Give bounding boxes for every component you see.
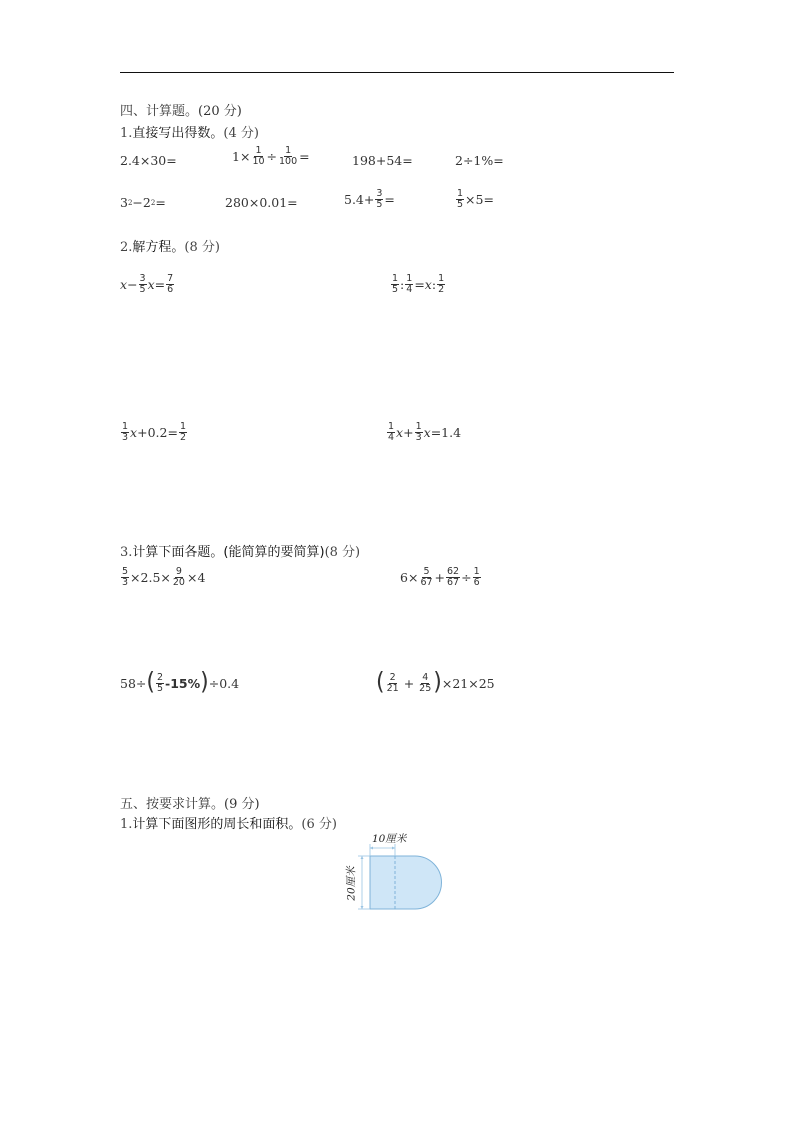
left-paren: ( — [376, 671, 385, 695]
ratio-colon: : — [400, 277, 404, 292]
fraction: 15 — [391, 274, 399, 295]
q1-item-5: 32−22= — [120, 195, 166, 210]
q1-item-7-post: = — [384, 192, 394, 207]
q1-item-2-pre: 1× — [232, 149, 250, 164]
calc-1: 53 ×2.5× 920 ×4 — [120, 567, 205, 588]
fraction: 14 — [405, 274, 413, 295]
q1-item-7: 5.4+ 35 = — [344, 189, 395, 210]
q1-item-6: 280×0.01= — [225, 195, 298, 210]
s5-q1-number: 1. — [120, 817, 132, 832]
operator: − — [127, 277, 137, 292]
operator: + — [403, 425, 413, 440]
fraction: 920 — [172, 567, 186, 588]
q1-heading: 1.直接写出得数。(4 分) — [120, 122, 259, 141]
fraction: 53 — [121, 567, 129, 588]
equation-1: x− 35 x= 76 — [120, 274, 175, 295]
fraction: 13 — [415, 422, 423, 443]
fraction: 12 — [179, 422, 187, 443]
equation-4: 14 x+ 13 x=1.4 — [386, 422, 461, 443]
q1-item-8: 15 ×5= — [455, 189, 494, 210]
fraction: 35 — [375, 189, 383, 210]
ratio-colon: : — [432, 277, 436, 292]
q3-title: 计算下面各题。(能简算的要简算) — [132, 545, 324, 560]
calc-1-post: ×4 — [187, 570, 205, 585]
q2-heading: 2.解方程。(8 分) — [120, 236, 220, 255]
width-label: 10厘米 — [372, 831, 406, 846]
q1-item-2-op: ÷ — [267, 149, 277, 164]
equation-3: 13 x+0.2= 12 — [120, 422, 188, 443]
calc-1-middle: ×2.5× — [130, 570, 171, 585]
q3-score: (8 分) — [325, 545, 361, 560]
calc-4: ( 221 + 425 ) ×21×25 — [376, 672, 495, 694]
equals: = — [155, 277, 165, 292]
calc-3-pre: 58÷ — [120, 676, 146, 691]
q1-item-2-post: = — [299, 149, 309, 164]
fraction: 13 — [121, 422, 129, 443]
calc-4-post: ×21×25 — [442, 676, 495, 691]
calc-3-post: ÷0.4 — [209, 676, 239, 691]
fraction: 110 — [251, 146, 265, 167]
equation-4-rhs: =1.4 — [431, 425, 461, 440]
q3-number: 3. — [120, 545, 132, 560]
variable-x: x — [424, 425, 431, 440]
fraction: 567 — [419, 567, 433, 588]
q3-heading: 3.计算下面各题。(能简算的要简算)(8 分) — [120, 541, 360, 560]
equation-2: 15 : 14 =x : 12 — [390, 274, 446, 295]
variable-x: x — [425, 277, 432, 292]
fraction: 14 — [387, 422, 395, 443]
section-4-title: 四、计算题。(20 分) — [120, 100, 242, 119]
fraction: 425 — [418, 673, 432, 694]
equals: = — [414, 277, 424, 292]
equals: = — [155, 195, 165, 210]
minus-base: −2 — [132, 195, 150, 210]
calc-3-percent: -15% — [165, 676, 200, 691]
section-5-title: 五、按要求计算。(9 分) — [120, 793, 260, 812]
s5-q1-score: (6 分) — [301, 817, 337, 832]
q2-number: 2. — [120, 240, 132, 255]
operator: + — [404, 676, 414, 691]
base: 3 — [120, 195, 128, 210]
equation-3-middle: +0.2= — [137, 425, 178, 440]
fraction: 221 — [386, 673, 400, 694]
q1-item-8-post: ×5= — [465, 192, 494, 207]
fraction: 16 — [473, 567, 481, 588]
variable-x: x — [148, 277, 155, 292]
fraction: 12 — [437, 274, 445, 295]
operator: + — [435, 570, 445, 585]
variable-x: x — [120, 277, 127, 292]
calc-2: 6× 567 + 6267 ÷ 16 — [400, 567, 482, 588]
q1-item-3: 198+54= — [352, 153, 413, 168]
header-rule — [120, 72, 674, 73]
fraction: 6267 — [446, 567, 460, 588]
fraction: 76 — [166, 274, 174, 295]
calc-2-pre: 6× — [400, 570, 418, 585]
operator: ÷ — [461, 570, 471, 585]
variable-x: x — [396, 425, 403, 440]
fraction: 1100 — [278, 146, 298, 167]
fraction: 35 — [139, 274, 147, 295]
q2-title: 解方程。 — [132, 240, 184, 255]
shape-figure: 10厘米 20厘米 — [352, 830, 442, 915]
right-paren: ) — [433, 671, 442, 695]
variable-x: x — [130, 425, 137, 440]
right-paren: ) — [200, 671, 209, 695]
q1-item-1: 2.4×30= — [120, 153, 177, 168]
left-paren: ( — [146, 671, 155, 695]
calc-3: 58÷ ( 25 -15% ) ÷0.4 — [120, 672, 239, 694]
q1-score: (4 分) — [223, 126, 259, 141]
q1-item-4: 2÷1%= — [455, 153, 504, 168]
q1-title: 直接写出得数。 — [132, 126, 223, 141]
height-label: 20厘米 — [344, 866, 359, 900]
q1-number: 1. — [120, 126, 132, 141]
fraction: 15 — [456, 189, 464, 210]
s5-q1-title: 计算下面图形的周长和面积。 — [132, 817, 301, 832]
q1-item-2: 1× 110 ÷ 1100 = — [232, 146, 310, 167]
q2-score: (8 分) — [184, 240, 220, 255]
q1-item-7-pre: 5.4+ — [344, 192, 374, 207]
fraction: 25 — [156, 673, 164, 694]
s5-q1-heading: 1.计算下面图形的周长和面积。(6 分) — [120, 813, 337, 832]
